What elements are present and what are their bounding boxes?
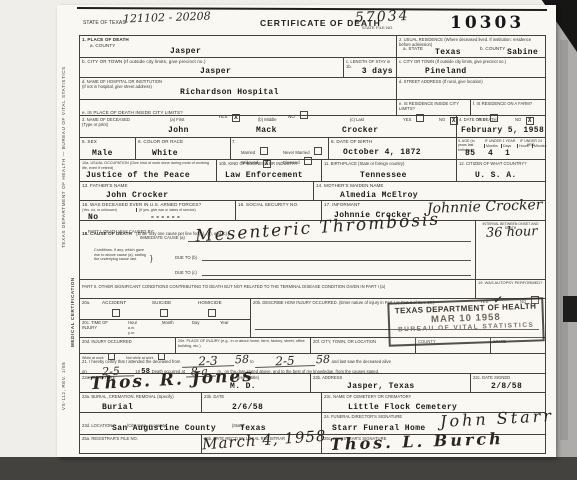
- county-label: a. COUNTY: [90, 43, 394, 49]
- injury-left-cell: 20a. ACCIDENT SUICIDE HOMICIDE 20c. TIME…: [80, 299, 250, 337]
- months-value: 4: [488, 149, 493, 158]
- attended-to-year: 58: [316, 355, 330, 364]
- occupation-cell: 10a. USUAL OCCUPATION (Give kind of work…: [80, 160, 216, 181]
- burial-label: 23a. BURIAL, CREMATION, REMOVAL (Specify…: [82, 394, 199, 399]
- cemetery-value: Little Flock Cemetery: [348, 403, 457, 412]
- margin-dept-text: TEXAS DEPARTMENT OF HEALTH — BUREAU OF V…: [61, 53, 66, 248]
- hospital-note: (If not in hospital, give street address…: [82, 84, 177, 89]
- part2-cell: PART II. OTHER SIGNIFICANT CONDITIONS CO…: [80, 280, 475, 298]
- injury-20a-num: 20a.: [82, 300, 90, 305]
- citizen-label: 12. CITIZEN OF WHAT COUNTRY?: [459, 161, 543, 166]
- month-label: Month: [162, 320, 174, 325]
- due-to-c-label: DUE TO (c): [175, 270, 197, 275]
- race-label: 6. COLOR OR RACE: [138, 139, 228, 145]
- due-to-b-label: DUE TO (b): [175, 255, 197, 260]
- hospital-value: Richardson Hospital: [180, 88, 279, 97]
- under-1-year-label: IF UNDER 1 YEAR: [484, 139, 516, 143]
- scanned-death-certificate: { "header": { "state_label": "STATE OF T…: [0, 0, 577, 480]
- birthplace-value: Tennessee: [360, 171, 407, 180]
- margin-medical-certification: MEDICAL CERTIFICATION: [70, 237, 75, 347]
- hospital-cell: d. NAME OF HOSPITAL OR INSTITUTION (If n…: [80, 78, 396, 99]
- registrar-file-label: 25a. REGISTRAR'S FILE NO.: [82, 436, 199, 441]
- length-of-stay-cell: c. LENGTH OF STAY in 1b. 3 days: [343, 58, 396, 77]
- certificate-form: TEXAS DEPARTMENT OF HEALTH MAR 10 1958 B…: [79, 35, 546, 454]
- citizen-cell: 12. CITIZEN OF WHAT COUNTRY? U. S. A.: [456, 160, 545, 181]
- sex-value: Male: [92, 149, 113, 158]
- age-value: 85: [465, 149, 475, 158]
- armed-forces-label: 15. WAS DECEASED EVER IN U.S. ARMED FORC…: [80, 201, 235, 208]
- injury-occurred-cell: 20d. INJURY OCCURRED While at work Not w…: [80, 338, 175, 353]
- row-due-to: Conditions, if any, which gave rise to a…: [80, 246, 545, 279]
- days-label: Days: [501, 144, 511, 148]
- row-place-residence: 1. PLACE OF DEATH a. COUNTY Jasper 2. US…: [80, 36, 545, 57]
- date-of-death-label: 4. DATE OF DEATH: [459, 117, 543, 122]
- date-signed-value: 2/8/58: [491, 382, 522, 391]
- certify-num: 21.: [82, 359, 88, 364]
- homicide-checkbox: [208, 309, 216, 317]
- stamped-certificate-number: 10303: [450, 13, 524, 33]
- part1-label: PART I. DEATH WAS CAUSED BY:: [88, 229, 154, 234]
- physician-address-label: 22b. ADDRESS: [313, 375, 468, 380]
- armed-note1: (Yes, no, or unknown): [82, 208, 130, 212]
- farm-cell: f. IS RESIDENCE ON A FARM? YES NO X: [470, 100, 545, 115]
- scan-bottom-band: [0, 457, 577, 480]
- residence-state-value: Texas: [435, 48, 461, 57]
- place-of-injury-label: 20e. PLACE OF INJURY (e.g., in or about …: [178, 339, 308, 348]
- due-to-cell: Conditions, if any, which gave rise to a…: [80, 246, 475, 279]
- usual-residence-cell: 2. USUAL RESIDENCE (Where deceased lived…: [396, 36, 545, 57]
- place-city-label: b. CITY OR TOWN (If outside city limits,…: [82, 59, 341, 65]
- accident-suicide-homicide-cell: 20a. ACCIDENT SUICIDE HOMICIDE: [80, 299, 250, 320]
- last-name-value: Crocker: [342, 126, 378, 135]
- name-cell: 3. NAME OF DECEASED (Type or print) (a) …: [80, 116, 456, 137]
- state-file-no-label: STATE FILE NO.: [362, 25, 393, 30]
- handwritten-state-file-no: 57034: [355, 8, 410, 26]
- farm-label: f. IS RESIDENCE ON A FARM?: [473, 101, 543, 106]
- time-of-injury-cell: 20c. TIME OF INJURY Hour a.m. p.m. Month…: [80, 319, 250, 338]
- row-armed-informant: 15. WAS DECEASED EVER IN U.S. ARMED FORC…: [80, 200, 545, 220]
- suicide-checkbox: [160, 309, 168, 317]
- row-certification: 21. I hereby certify that I attended the…: [80, 353, 545, 373]
- minutes-label: Minutes: [532, 144, 547, 148]
- am-label: a.m.: [128, 326, 135, 330]
- residence-city-label: c. CITY OR TOWN (If outside city limits,…: [399, 59, 543, 64]
- burial-date-cell: 23b. DATE 2/6/58: [201, 393, 321, 412]
- armed-note2: (If yes, give war or dates of service): [136, 208, 224, 212]
- location-label: 23d. LOCATION: [82, 423, 112, 428]
- due-to-c-line: [202, 275, 471, 276]
- due-to-b-line: [202, 260, 471, 261]
- place-city-cell: b. CITY OR TOWN (If outside city limits,…: [80, 58, 343, 77]
- pm-label: p.m.: [128, 331, 135, 335]
- first-name-label: (a) First: [170, 117, 184, 122]
- attended-from-year: 58: [235, 355, 249, 364]
- place-city-value: Jasper: [200, 67, 231, 76]
- interval-cell-cont: [475, 246, 545, 279]
- date-of-birth-cell: 8. DATE OF BIRTH October 4, 1872: [328, 138, 456, 159]
- informant-signature: Johnnie Crocker: [427, 197, 543, 217]
- street-address-label: d. STREET ADDRESS (If rural, give locati…: [399, 79, 543, 84]
- marital-num: 7.: [232, 139, 236, 144]
- burial-date-label: 23b. DATE: [204, 394, 319, 399]
- ssn-cell: 16. SOCIAL SECURITY NO.: [235, 201, 321, 220]
- hours-label: Hours: [517, 144, 529, 148]
- physician-address-value: Jasper, Texas: [347, 382, 415, 391]
- burial-cell: 23a. BURIAL, CREMATION, REMOVAL (Specify…: [80, 393, 201, 412]
- received-stamp: TEXAS DEPARTMENT OF HEALTH MAR 10 1958 B…: [387, 297, 544, 346]
- race-cell: 6. COLOR OR RACE White: [135, 138, 230, 159]
- row-burial: 23a. BURIAL, CREMATION, REMOVAL (Specify…: [80, 392, 545, 412]
- row-physician: 22a. SIGNATURE Thos. R. Jones (Degree or…: [80, 373, 545, 392]
- registrar-recd-cell: 25b. DATE REC'D BY LOCAL REGISTRAR March…: [201, 435, 321, 453]
- conditions-note: Conditions, if any, which gave rise to a…: [94, 248, 146, 262]
- occupation-label: 10a. USUAL OCCUPATION (Give kind of work…: [82, 161, 214, 170]
- last-name-label: (c) Last: [350, 117, 364, 122]
- conditions-brace: }: [150, 254, 153, 264]
- street-address-cell: d. STREET ADDRESS (If rural, give locati…: [396, 78, 545, 99]
- attended-to-date: 2-5: [255, 356, 315, 368]
- year-label: Year: [220, 320, 228, 325]
- marital-status-cell: 7. Married Never Married Widowed X Divor…: [230, 138, 328, 159]
- autopsy-cell: 19. WAS AUTOPSY PERFORMED? YES ✓ NO: [475, 280, 545, 298]
- residence-city-value: Pineland: [425, 67, 467, 76]
- row-parents: 13. FATHER'S NAME John Crocker 14. MOTHE…: [80, 181, 545, 200]
- father-value: John Crocker: [106, 191, 168, 200]
- length-of-stay-value: 3 days: [362, 67, 393, 76]
- residence-limits-cell: e. IS RESIDENCE INSIDE CITY LIMITS? YES …: [396, 100, 470, 115]
- part2-label: PART II. OTHER SIGNIFICANT CONDITIONS CO…: [82, 284, 473, 289]
- row-hospital: d. NAME OF HOSPITAL OR INSTITUTION (If n…: [80, 77, 545, 99]
- row-city: b. CITY OR TOWN (If outside city limits,…: [80, 57, 545, 77]
- burial-date-value: 2/6/58: [232, 403, 263, 412]
- place-limits-cell: e. IS PLACE OF DEATH INSIDE CITY LIMITS?…: [80, 100, 396, 115]
- date-signed-label: 22c. DATE SIGNED: [473, 375, 543, 380]
- handwritten-header-number: 121102 - 20208: [123, 9, 211, 25]
- injury-occurred-label: 20d. INJURY OCCURRED: [82, 339, 173, 344]
- immediate-cause-label: IMMEDIATE CAUSE (a): [140, 235, 185, 240]
- row-cause: 18. CAUSE OF DEATH [Enter only one cause…: [80, 220, 545, 246]
- row-limits: e. IS PLACE OF DEATH INSIDE CITY LIMITS?…: [80, 99, 545, 115]
- sex-cell: 5. SEX Male: [80, 138, 135, 159]
- residence-county-value: Sabine: [507, 48, 538, 57]
- physician-address-cell: 22b. ADDRESS Jasper, Texas: [310, 374, 470, 392]
- accident-label: ACCIDENT: [102, 300, 126, 306]
- father-cell: 13. FATHER'S NAME John Crocker: [80, 182, 313, 200]
- residence-city-cell: c. CITY OR TOWN (If outside city limits,…: [396, 58, 545, 77]
- date-of-death-cell: 4. DATE OF DEATH February 5, 1958: [456, 116, 545, 137]
- age-cell: 9. AGE (In years last birthday) 85 IF UN…: [456, 138, 545, 159]
- place-of-injury-cell: 20e. PLACE OF INJURY (e.g., in or about …: [175, 338, 310, 353]
- row-occupation: 10a. USUAL OCCUPATION (Give kind of work…: [80, 159, 545, 181]
- suicide-label: SUICIDE: [152, 300, 171, 306]
- accident-checkbox: [112, 309, 120, 317]
- certify-to: to: [250, 359, 254, 364]
- row-name: 3. NAME OF DECEASED (Type or print) (a) …: [80, 115, 545, 137]
- row-part2: PART II. OTHER SIGNIFICANT CONDITIONS CO…: [80, 279, 545, 298]
- scan-right-notch: [563, 296, 577, 322]
- place-of-death-cell: 1. PLACE OF DEATH a. COUNTY Jasper: [80, 36, 396, 57]
- homicide-label: HOMICIDE: [198, 300, 222, 306]
- location-value: San Augustine County: [112, 424, 216, 433]
- date-of-birth-value: October 4, 1872: [343, 148, 421, 157]
- time-of-injury-label: 20c. TIME OF INJURY: [82, 320, 122, 330]
- middle-name-value: Mack: [256, 126, 277, 135]
- mother-value: Almedia McElroy: [340, 191, 418, 200]
- autopsy-label: 19. WAS AUTOPSY PERFORMED?: [478, 281, 543, 286]
- interval-cell: INTERVAL BETWEEN ONSET AND DEATH 36 hour: [475, 221, 545, 246]
- date-signed-cell: 22c. DATE SIGNED 2/8/58: [470, 374, 545, 392]
- mother-label: 14. MOTHER'S MAIDEN NAME: [316, 183, 543, 189]
- state-of-texas-label: STATE OF TEXAS: [83, 20, 126, 26]
- date-of-birth-label: 8. DATE OF BIRTH: [331, 139, 454, 145]
- row-registrar: 25a. REGISTRAR'S FILE NO. 25b. DATE REC'…: [80, 434, 545, 453]
- physician-signature-cell: 22a. SIGNATURE Thos. R. Jones (Degree or…: [80, 374, 310, 392]
- race-value: White: [152, 149, 178, 158]
- father-label: 13. FATHER'S NAME: [82, 183, 311, 189]
- cemetery-label: 23c. NAME OF CEMETERY OR CREMATORY: [324, 394, 543, 399]
- certificate-paper: STATE OF TEXAS 121102 - 20208 CERTIFICAT…: [57, 5, 556, 457]
- citizen-value: U. S. A.: [475, 171, 517, 180]
- certify-text-1: I hereby certify that I attended the dec…: [89, 359, 180, 364]
- middle-name-label: (b) Middle: [258, 117, 277, 122]
- date-of-death-value: February 5, 1958: [461, 126, 544, 135]
- sex-label: 5. SEX: [82, 139, 133, 145]
- scan-right-streak: [560, 40, 568, 440]
- name-note: (Type or print): [82, 122, 134, 127]
- ssn-label: 16. SOCIAL SECURITY NO.: [238, 202, 319, 208]
- cause-cell: 18. CAUSE OF DEATH [Enter only one cause…: [80, 221, 475, 246]
- residence-county-label: b. COUNTY: [480, 46, 505, 52]
- registrar-signature-cell: 25c. REGISTRAR'S SIGNATURE Thos. L. Burc…: [321, 435, 545, 453]
- industry-label: 10b. KIND OF BUSINESS OR INDUSTRY: [219, 161, 319, 166]
- interval-value: 36 hour: [486, 224, 538, 241]
- days-value: 1: [505, 149, 510, 158]
- burial-value: Burial: [102, 403, 133, 412]
- registrar-file-cell: 25a. REGISTRAR'S FILE NO.: [80, 435, 201, 453]
- never-married-checkbox: [314, 147, 322, 155]
- armed-forces-cell: 15. WAS DECEASED EVER IN U.S. ARMED FORC…: [80, 201, 235, 220]
- certify-text-3: and last saw the deceased alive: [332, 359, 391, 364]
- day-label: Day: [192, 320, 199, 325]
- industry-value: Law Enforcement: [225, 171, 303, 180]
- occupation-value: Justice of the Peace: [86, 171, 190, 180]
- row-sex-age: 5. SEX Male 6. COLOR OR RACE White 7. Ma…: [80, 137, 545, 159]
- industry-cell: 10b. KIND OF BUSINESS OR INDUSTRY Law En…: [216, 160, 321, 181]
- hour-label: Hour: [128, 320, 137, 325]
- residence-state-label: a. STATE: [403, 46, 423, 52]
- first-name-value: John: [168, 126, 189, 135]
- months-label: Months: [484, 144, 498, 148]
- margin-form-number: VS-112, REV. 1/58: [61, 340, 66, 410]
- scan-top-edge: [77, 7, 547, 11]
- birthplace-cell: 11. BIRTHPLACE (State or foreign country…: [321, 160, 456, 181]
- birthplace-label: 11. BIRTHPLACE (State or foreign country…: [324, 161, 454, 166]
- county-value: Jasper: [170, 47, 201, 56]
